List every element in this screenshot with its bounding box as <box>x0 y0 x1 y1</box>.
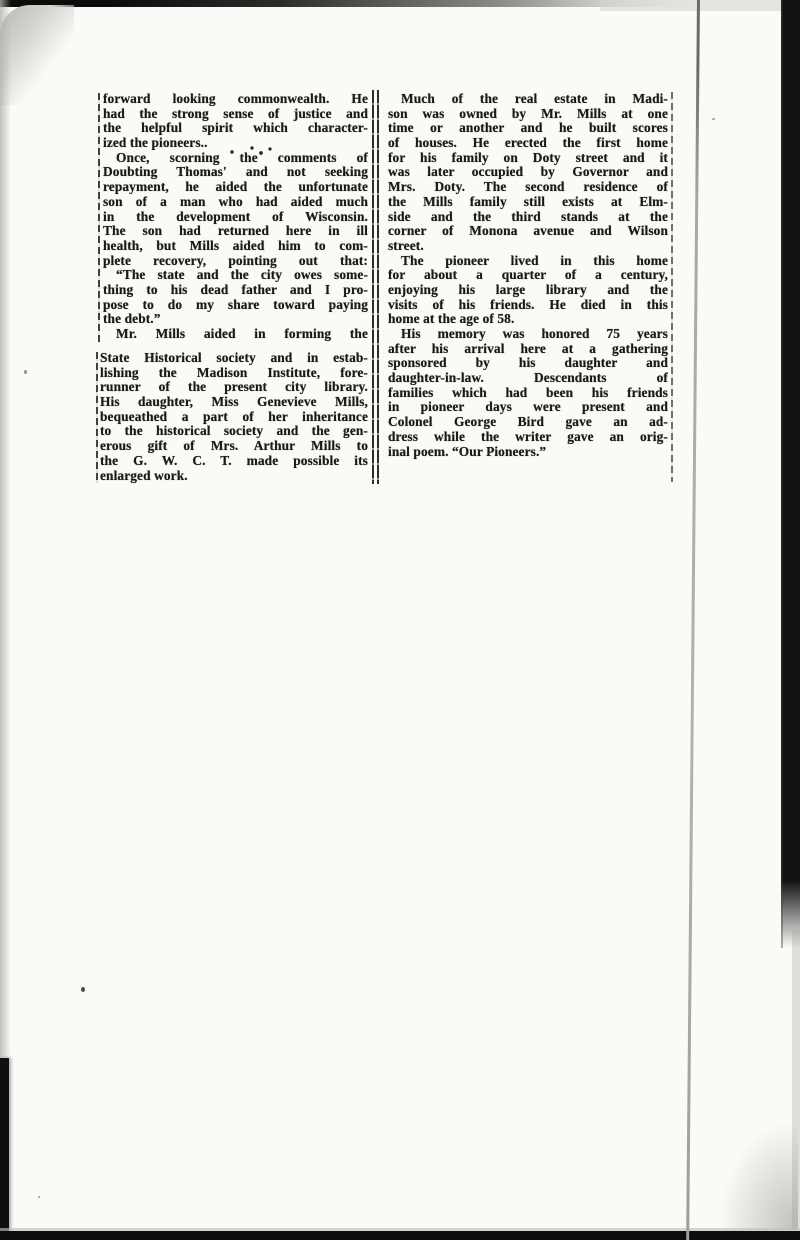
text-line: Mr. Mills aided in forming the <box>103 327 368 342</box>
text-line: The son had returned here in ill <box>103 224 368 239</box>
text-line: inal poem. “Our Pioneers.” <box>388 445 668 460</box>
ink-speck <box>712 118 715 120</box>
text-line: families which had been his friends <box>388 386 668 401</box>
scan-edge-bottom <box>0 1231 800 1240</box>
ink-speck <box>81 987 85 992</box>
text-line: Much of the real estate in Madi- <box>388 92 668 107</box>
text-line: was later occupied by Governor and <box>388 165 668 180</box>
scanned-newspaper-page: forward looking commonwealth. He had the… <box>0 0 800 1240</box>
text-line: the Mills family still exists at Elm- <box>388 195 668 210</box>
text-line: His memory was honored 75 years <box>388 327 668 342</box>
text-line: bequeathed a part of her inheritance <box>100 410 368 425</box>
text-line: His daughter, Miss Genevieve Mills, <box>100 395 368 410</box>
column-rule-left-block2 <box>96 352 98 483</box>
text-line: to the historical society and the gen- <box>100 424 368 439</box>
text-line: repayment, he aided the unfortunate <box>103 180 368 195</box>
column-rule-center-b <box>377 90 379 484</box>
scan-edge-left-black <box>0 1058 9 1240</box>
text-line: after his arrival here at a gathering <box>388 342 668 357</box>
text-line: The pioneer lived in this home <box>388 254 668 269</box>
page-fold-line <box>686 0 700 1240</box>
text-line: son of a man who had aided much <box>103 195 368 210</box>
scan-edge-bottom-gray <box>0 1228 800 1232</box>
scan-edge-top-right <box>600 0 786 11</box>
text-line: dress while the writer gave an orig- <box>388 430 668 445</box>
text-line: State Historical society and in estab- <box>100 351 368 366</box>
left-column-block-1: forward looking commonwealth. He had the… <box>103 92 368 342</box>
text-line: had the strong sense of justice and <box>103 107 368 122</box>
text-line: lishing the Madison Institute, fore- <box>100 366 368 381</box>
text-line: “The state and the city owes some- <box>103 268 368 283</box>
scan-band-right-tail <box>792 930 800 1230</box>
left-column-block-2: State Historical society and in estab- l… <box>100 351 368 483</box>
text-line: pose to do my share toward paying <box>103 298 368 313</box>
text-line: the G. W. C. T. made possible its <box>100 454 368 469</box>
text-line: in the development of Wisconsin. <box>103 210 368 225</box>
text-line: street. <box>388 239 668 254</box>
text-line: side and the third stands at the <box>388 210 668 225</box>
scan-edge-left <box>0 0 11 1240</box>
scan-band-right <box>781 0 800 948</box>
column-rule-left <box>98 93 100 343</box>
text-line: time or another and he built scores <box>388 121 668 136</box>
text-line: plete recovery, pointing out that: <box>103 254 368 269</box>
text-line: for about a quarter of a century, <box>388 268 668 283</box>
text-line: Doubting Thomas' and not seeking <box>103 165 368 180</box>
text-line: erous gift of Mrs. Arthur Mills to <box>100 439 368 454</box>
ink-speck <box>38 1196 40 1198</box>
text-line: for his family on Doty street and it <box>388 151 668 166</box>
text-line: enjoying his large library and the <box>388 283 668 298</box>
text-line: Colonel George Bird gave an ad- <box>388 415 668 430</box>
text-line: the helpful spirit which character- <box>103 121 368 136</box>
scan-edge-top <box>0 0 690 7</box>
text-line: sponsored by his daughter and <box>388 356 668 371</box>
text-line: visits of his friends. He died in this <box>388 298 668 313</box>
column-rule-center-a <box>372 90 374 484</box>
text-line: of houses. He erected the first home <box>388 136 668 151</box>
text-line: runner of the present city library. <box>100 380 368 395</box>
scan-speckle-cloud <box>718 1120 798 1230</box>
text-line: forward looking commonwealth. He <box>103 92 368 107</box>
right-column: Much of the real estate in Madi- son was… <box>388 92 668 459</box>
text-line: home at the age of 58. <box>388 312 668 327</box>
text-line: thing to his dead father and I pro- <box>103 283 368 298</box>
text-line: Mrs. Doty. The second residence of <box>388 180 668 195</box>
column-rule-right <box>671 92 673 482</box>
text-line: health, but Mills aided him to com- <box>103 239 368 254</box>
text-line: son was owned by Mr. Mills at one <box>388 107 668 122</box>
ink-speck <box>24 370 27 374</box>
text-line: in pioneer days were present and <box>388 400 668 415</box>
paper-corner-shadow <box>0 5 74 105</box>
text-line: Once, scorning the comments of <box>103 151 368 166</box>
text-line: corner of Monona avenue and Wilson <box>388 224 668 239</box>
text-line: ized the pioneers.. <box>103 136 368 151</box>
text-line: daughter-in-law. Descendants of <box>388 371 668 386</box>
text-line: enlarged work. <box>100 469 368 484</box>
text-line: the debt.” <box>103 312 368 327</box>
